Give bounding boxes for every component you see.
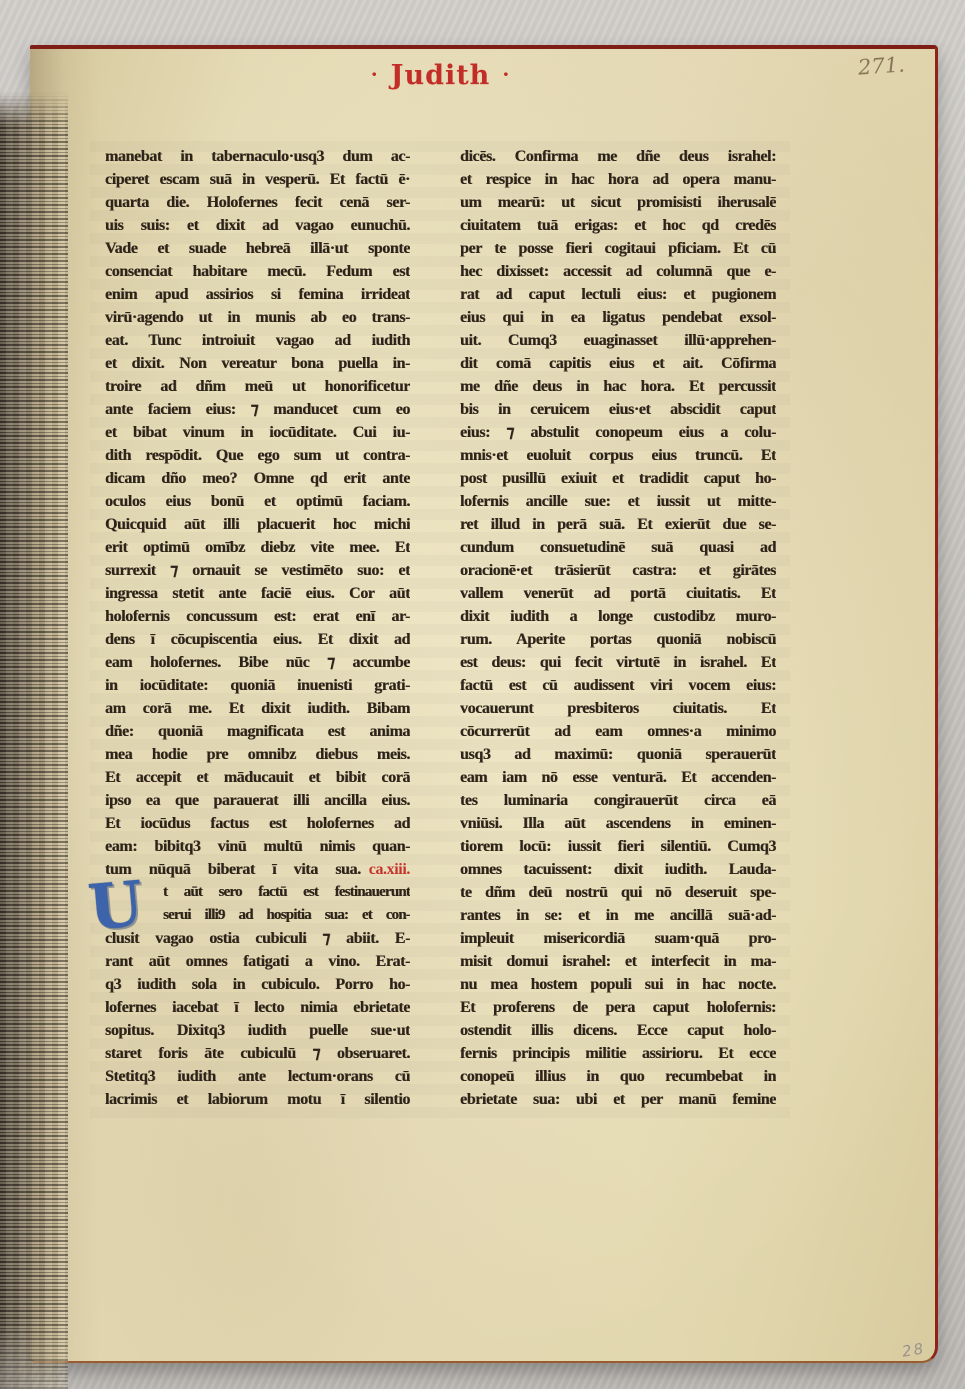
text-line: te dñm deū nostrū qui nō deseruit spe- (460, 881, 776, 904)
text-line: per te posse fieri cogitaui pficiam. Et … (460, 237, 776, 260)
text-column-right: dicēs. Confirma me dñe deus israhel:et r… (460, 145, 776, 1111)
text-line: in iocūditate: quoniā inuenisti grati- (105, 674, 410, 697)
text-line: lofernes iacebat ī lecto nimia ebrietate (105, 996, 410, 1019)
text-line: vallem venerūt ad portā ciuitatis. Et (460, 582, 776, 605)
text-line: oracionē·et trāsierūt castra: et girātes (460, 559, 776, 582)
text-line: ingressa stetit ante faciē eius. Cor aūt (105, 582, 410, 605)
text-line: virū·agendo ut in munis ab eo trans- (105, 306, 410, 329)
chapter-rubric: ca.xiii. (361, 861, 410, 878)
text-line: dit comā capitis eius et ait. Cōfirma (460, 352, 776, 375)
text-line: dixit iudith a longe custodibz muro- (460, 605, 776, 628)
text-line: ante faciem eius: ⁊ manducet cum eo (105, 398, 410, 421)
title-ornament-dot-right: · (502, 62, 510, 86)
text-line: manebat in tabernaculo·usq3 dum ac- (105, 145, 410, 168)
text-line: lofernis ancille sue: et iussit ut mitte… (460, 490, 776, 513)
text-line: Et accepit et māducauit et bibit corā (105, 766, 410, 789)
text-line: staret foris āte cubiculū ⁊ obseruaret. (105, 1042, 410, 1065)
text-line: cundum consuetudinē suā quasi ad (460, 536, 776, 559)
text-line: mnis·et euoluit corpus eius truncū. Et (460, 444, 776, 467)
book-page-edges (0, 92, 68, 1389)
text-line: am corā me. Et dixit iudith. Bibam (105, 697, 410, 720)
text-line: ciuitatem tuā erigas: et hoc qd credēs (460, 214, 776, 237)
text-line: um mearū: ut sicut promisisti iherusalē (460, 191, 776, 214)
title-ornament-dot-left: · (371, 62, 379, 86)
text-line: eam: bibitq3 vinū multū nimis quan- (105, 835, 410, 858)
running-title-text: Judith (391, 60, 491, 91)
text-line: dicam dño meo? Omne qd erit ante (105, 467, 410, 490)
text-line: lacrimis et labiorum motu ī silentio (105, 1088, 410, 1111)
text-line: erit optimū omībz diebz vite mee. Et (105, 536, 410, 559)
text-line: omnes tacuissent: dixit iudith. Lauda- (460, 858, 776, 881)
text-line: usq3 ad maximū: quoniā sperauerūt (460, 743, 776, 766)
text-line: est deus: qui fecit virtutē in israhel. … (460, 651, 776, 674)
text-line: post pusillū exiuit et tradidit caput ho… (460, 467, 776, 490)
manuscript-page: ·Judith· 271. U manebat in tabernaculo·u… (30, 45, 938, 1363)
text-line: eius qui in ea ligatus pendebat exsol- (460, 306, 776, 329)
text-line: eam holofernes. Bibe nūc ⁊ accumbe (105, 651, 410, 674)
text-line: dñe: quoniā magnificata est anima (105, 720, 410, 743)
text-line: conopeū illius in quo recumbebat in (460, 1065, 776, 1088)
text-line: me dñe deus in hac hora. Et percussit (460, 375, 776, 398)
text-line: ciperet escam suā in vesperū. Et factū ē… (105, 168, 410, 191)
folio-number: 271. (857, 51, 905, 80)
text-line: uis suis: et dixit ad vagao eunuchū. (105, 214, 410, 237)
text-line: factū est cū audissent viri vocem eius: (460, 674, 776, 697)
text-line: sopitus. Dixitq3 iudith puelle sue·ut (105, 1019, 410, 1042)
text-line: fernis principis militie assirioru. Et e… (460, 1042, 776, 1065)
text-line: rant aūt omnes fatigati a vino. Erat- (105, 950, 410, 973)
text-line: ipso ea que parauerat illi ancilla eius. (105, 789, 410, 812)
running-title: ·Judith· (105, 57, 776, 93)
text-line: nu mea hostem populi sui in hac nocte. (460, 973, 776, 996)
text-line: et respice in hac hora ad opera manu- (460, 168, 776, 191)
illuminated-initial: U (86, 868, 172, 951)
text-line: eat. Tunc introiuit vagao ad iudith (105, 329, 410, 352)
text-line: vniūsi. Illa aūt ascendens in eminen- (460, 812, 776, 835)
text-line: hec dixisset: accessit ad columnā que e- (460, 260, 776, 283)
text-line: misit domui israhel: et interfecit in ma… (460, 950, 776, 973)
text-line: quarta die. Holofernes fecit cenā ser- (105, 191, 410, 214)
text-line: holofernis concussum est: erat enī ar- (105, 605, 410, 628)
text-line: q3 iudith sola in cubiculo. Porro ho- (105, 973, 410, 996)
pencil-annotation: 28 (901, 1339, 927, 1360)
text-line: rum. Aperite portas quoniā nobiscū (460, 628, 776, 651)
text-line: Et iocūdus factus est holofernes ad (105, 812, 410, 835)
text-line: Quicquid aūt illi placuerit hoc michi (105, 513, 410, 536)
text-line: bis in ceruicem eius·et abscidit caput (460, 398, 776, 421)
text-line: cōcurrerūt ad eam omnes·a minimo (460, 720, 776, 743)
text-line: eius: ⁊ abstulit conopeum eius a colu- (460, 421, 776, 444)
text-line: dith respōdit. Que ego sum ut contra- (105, 444, 410, 467)
text-line: ostendit illis dicens. Ecce caput holo- (460, 1019, 776, 1042)
text-line: Stetitq3 iudith ante lectum·orans cū (105, 1065, 410, 1088)
text-line: ebrietate sua: ubi et per manū femine (460, 1088, 776, 1111)
scan-canvas: ·Judith· 271. U manebat in tabernaculo·u… (0, 0, 965, 1389)
text-line: rat ad caput lectuli eius: et pugionem (460, 283, 776, 306)
text-line: dicēs. Confirma me dñe deus israhel: (460, 145, 776, 168)
text-column-left: U manebat in tabernaculo·usq3 dum ac-cip… (105, 145, 410, 1111)
text-line: tes luminaria congirauerūt circa eā (460, 789, 776, 812)
text-line: rantes in se: et in me ancillā suā·ad- (460, 904, 776, 927)
text-line: troire ad dñm meū ut honorificetur (105, 375, 410, 398)
text-line: oculos eius bonū et optimū faciam. (105, 490, 410, 513)
text-line: consenciat habitare mecū. Fedum est (105, 260, 410, 283)
text-line: Et proferens de pera caput holofernis: (460, 996, 776, 1019)
text-line: vocauerunt presbiteros ciuitatis. Et (460, 697, 776, 720)
text-line: enim apud assirios si femina irrideat (105, 283, 410, 306)
text-line: uit. Cumq3 euaginasset illū·apprehen- (460, 329, 776, 352)
text-line: mea hodie pre omnibz diebus meis. (105, 743, 410, 766)
text-line: et dixit. Non vereatur bona puella in- (105, 352, 410, 375)
text-line: et bibat vinum in iocūditate. Cui iu- (105, 421, 410, 444)
text-line: impleuit misericordiā suam·quā pro- (460, 927, 776, 950)
text-line: tiorem locū: iussit fieri silentiū. Cumq… (460, 835, 776, 858)
text-line: dens ī cōcupiscentia eius. Et dixit ad (105, 628, 410, 651)
text-line: eam iam nō esse venturā. Et accenden- (460, 766, 776, 789)
text-line: surrexit ⁊ ornauit se vestimēto suo: et (105, 559, 410, 582)
text-line: ret illud in perā suā. Et exierūt due se… (460, 513, 776, 536)
text-line: Vade et suade hebreā illā·ut sponte (105, 237, 410, 260)
